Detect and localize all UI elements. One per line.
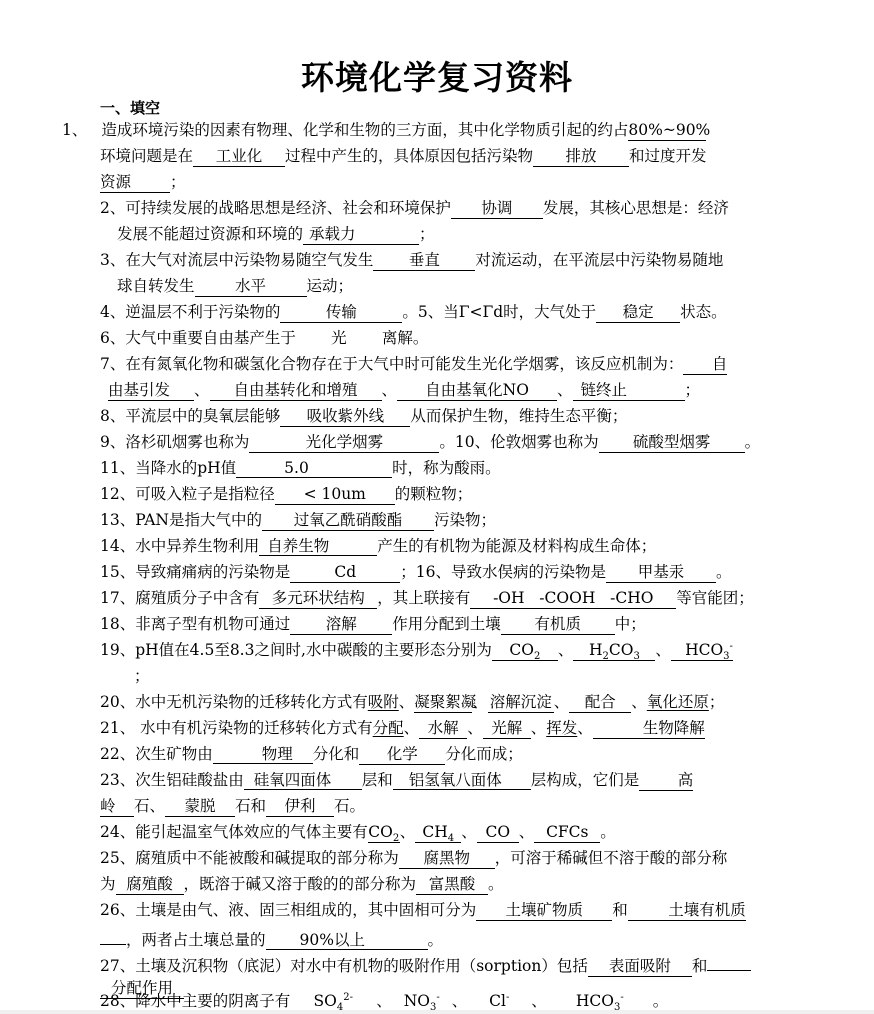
- answer-blank: HCO3-: [671, 640, 733, 661]
- question-20: 20、水中无机污染物的迁移转化方式有吸附、凝聚絮凝、溶解沉淀、配合、氧化还原；: [100, 690, 724, 714]
- question-26-line-2: ，两者占土壤总量的90%以上。: [100, 924, 443, 948]
- question-1-line-2: 环境问题是在工业化过程中产生的，具体原因包括污染物排放和过度开发: [100, 144, 707, 168]
- question-25-line-1: 25、腐殖质中不能被酸和碱提取的部分称为腐黑物，可溶于稀碱但不溶于酸的部分称: [100, 846, 727, 870]
- answer-blank: 垂直: [373, 250, 475, 271]
- question-4-5: 4、逆温层不利于污染物的传输。5、当Γ<Γd时，大气处于稳定状态。: [100, 300, 727, 324]
- answer-blank: 光化学烟雾: [249, 432, 439, 453]
- question-23-line-1: 23、次生铝硅酸盐由硅氧四面体层和铝氢氧八面体层构成，它们是高: [100, 768, 693, 792]
- question-19-end: ；: [134, 664, 150, 688]
- answer-blank: 光: [296, 328, 382, 348]
- answer-blank: 5.0: [236, 458, 392, 478]
- answer-blank: 稳定: [596, 302, 680, 323]
- question-6: 6、大气中重要自由基产生于光离解。: [100, 326, 428, 350]
- answer-blank: Cd: [290, 562, 400, 583]
- answer-blank: CO2: [492, 640, 558, 661]
- question-21: 21、 水中有机污染物的迁移转化方式有分配、水解、光解、挥发、生物降解: [100, 716, 705, 740]
- page-bottom-edge: [0, 1010, 874, 1014]
- answer-blank: 过氧乙酰硝酸酯: [262, 510, 434, 531]
- section-heading: 一、填空: [100, 97, 160, 118]
- question-7-line-2: 由基引发、自由基转化和增殖、自由基氧化NO、链终止；: [108, 378, 700, 402]
- answer-blank: 排放: [533, 146, 629, 167]
- answer-blank: 硫酸型烟雾: [599, 432, 745, 453]
- answer-blank: 吸收紫外线: [280, 406, 410, 427]
- answer-blank: 自养生物: [259, 536, 377, 556]
- question-19: 19、pH值在4.5至8.3之间时,水中碳酸的主要形态分别为CO2、H2CO3、…: [100, 638, 733, 662]
- answer-blank: 链终止: [573, 380, 685, 401]
- question-15-16: 15、导致痛痛病的污染物是Cd；16、导致水俣病的污染物是甲基汞。: [100, 560, 731, 584]
- question-7-line-1: 7、在有氮氧化物和碳氢化合物存在于大气中时可能发生光化学烟雾，该反应机制为：自: [100, 352, 727, 376]
- question-3-line-1: 3、在大气对流层中污染物易随空气发生垂直对流运动，在平流层中污染物易随地: [100, 248, 723, 272]
- answer-blank: 有机质: [501, 614, 615, 635]
- answer-blank: 自由基氧化NO: [397, 380, 557, 401]
- answer-blank: 自由基转化和增殖: [210, 380, 382, 401]
- question-11: 11、当降水的pH值5.0时，称为酸雨。: [100, 456, 501, 480]
- question-24: 24、能引起温室气体效应的气体主要有CO2、CH4、CO、CFCs。: [100, 820, 616, 844]
- question-14: 14、水中异养生物利用自养生物产生的有机物为能源及材料构成生命体；: [100, 534, 656, 558]
- question-23-line-2: 岭石、蒙脱石和伊利石。: [100, 794, 365, 818]
- question-25-line-2: 为腐殖酸，既溶于碱又溶于酸的的部分称为富黑酸。: [100, 872, 504, 896]
- question-8: 8、平流层中的臭氧层能够吸收紫外线从而保护生物，维持生态平衡；: [100, 404, 627, 428]
- answer-blank: 80%~90%: [628, 120, 706, 141]
- question-3-line-2: 球自转发生水平运动；: [117, 274, 353, 298]
- answer-blank: -OH -COOH -CHO: [470, 588, 676, 609]
- answer-blank: 由基引发: [108, 380, 194, 401]
- answer-blank: 资源: [100, 172, 170, 193]
- answer-blank: < 10um: [275, 484, 395, 505]
- answer-blank: 传输: [280, 302, 402, 323]
- answer-blank: 水平: [195, 276, 307, 297]
- question-2-line-2: 发展不能超过资源和环境的承载力；: [117, 222, 435, 246]
- answer-blank: 多元环状结构: [259, 588, 377, 609]
- question-1-line-1: 1、造成环境污染的因素有物理、化学和生物的三方面，其中化学物质引起的约占80%~…: [62, 118, 706, 142]
- answer-blank: 溶解: [290, 614, 392, 635]
- question-13: 13、PAN是指大气中的过氧乙酰硝酸酯污染物；: [100, 508, 496, 532]
- answer-blank: 工业化: [193, 146, 285, 167]
- question-9-10: 9、洛杉矶烟雾也称为光化学烟雾。10、伦敦烟雾也称为硫酸型烟雾。: [100, 430, 760, 454]
- answer-blank: 甲基汞: [606, 562, 716, 583]
- question-12: 12、可吸入粒子是指粒径< 10um的颗粒物；: [100, 482, 472, 506]
- question-26-line-1: 26、土壤是由气、液、固三相组成的，其中固相可分为土壤矿物质和土壤有机质: [100, 898, 746, 922]
- question-2-line-1: 2、可持续发展的战略思想是经济、社会和环境保护协调发展，其核心思想是：经济: [100, 196, 729, 220]
- answer-blank: 承载力: [303, 224, 419, 245]
- question-18: 18、非离子型有机物可通过溶解作用分配到土壤有机质中；: [100, 612, 646, 636]
- question-17: 17、腐殖质分子中含有多元环状结构，其上联接有-OH -COOH -CHO等官能…: [100, 586, 754, 610]
- answer-blank: 协调: [451, 198, 543, 219]
- question-22: 22、次生矿物由物理分化和化学分化而成；: [100, 742, 523, 766]
- document-title: 环境化学复习资料: [0, 52, 874, 99]
- question-1-line-3: 资源；: [100, 170, 186, 194]
- answer-blank: H2CO3: [573, 640, 655, 661]
- question-28: 28、降水中主要的阴离子有SO42-、NO3-、Cl-、HCO3-。: [100, 990, 668, 1012]
- question-27-line-1: 27、土壤及沉积物（底泥）对水中有机物的吸附作用（sorption）包括表面吸附…: [100, 950, 751, 974]
- answer-blank: 自: [683, 354, 727, 375]
